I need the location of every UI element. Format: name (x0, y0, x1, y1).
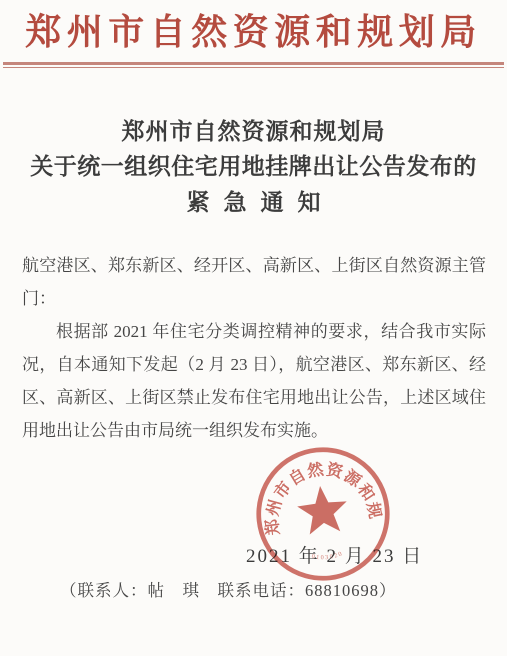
body-line: 况，自本通知下发起（2 月 23 日），航空港区、郑东新区、经开 (22, 348, 486, 381)
body-line: 区、高新区、上街区禁止发布住宅用地出让公告，上述区域住宅 (22, 381, 486, 414)
star-icon (295, 483, 349, 535)
document-page: 郑州市自然资源和规划局 郑州市自然资源和规划局 关于统一组织住宅用地挂牌出让公告… (0, 0, 507, 656)
body-line: 用地出让公告由市局统一组织发布实施。 (22, 414, 486, 447)
body-line: 门： (22, 282, 486, 315)
document-title-line-1: 郑州市自然资源和规划局 (0, 114, 507, 149)
body-line: 航空港区、郑东新区、经开区、高新区、上街区自然资源主管部 (22, 249, 486, 282)
date-line: 2021 年 2 月 23 日 (246, 541, 423, 568)
letterhead-title: 郑州市自然资源和规划局 (0, 4, 507, 55)
seal-organization-text: 郑州市自然资源和规划局 (246, 437, 385, 539)
contact-line: （联系人：帖 琪 联系电话：68810698） (60, 577, 397, 601)
document-title: 郑州市自然资源和规划局 关于统一组织住宅用地挂牌出让公告发布的 紧急通知 (0, 114, 507, 221)
svg-text:郑州市自然资源和规划局: 郑州市自然资源和规划局 (246, 437, 385, 539)
document-title-line-3: 紧急通知 (0, 184, 507, 221)
document-title-line-2: 关于统一组织住宅用地挂牌出让公告发布的 (0, 149, 507, 184)
letterhead-divider (3, 62, 504, 68)
body-line: 根据部 2021 年住宅分类调控精神的要求，结合我市实际情 (22, 315, 486, 348)
body-text: 航空港区、郑东新区、经开区、高新区、上街区自然资源主管部 门： 根据部 2021… (22, 249, 486, 447)
